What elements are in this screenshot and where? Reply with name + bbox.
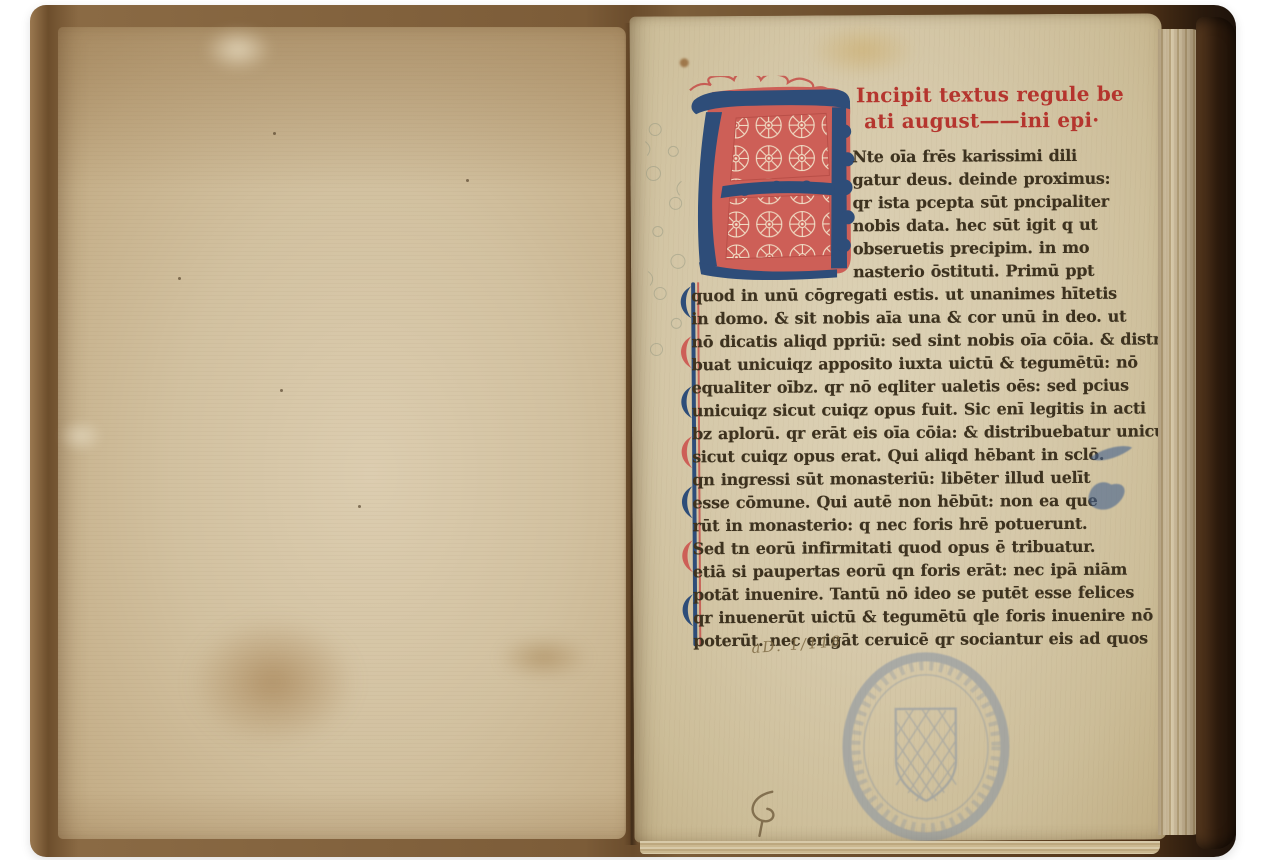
manuscript-line: Nte oīa frēs karissimi dili (852, 144, 1110, 169)
manuscript-line: unicuiqz sicut cuiqz opus fuit. Sic enī … (692, 396, 1167, 422)
left-page-blank (58, 27, 626, 839)
manuscript-line: obseruetis precipim. in mo (853, 236, 1111, 261)
stain (496, 635, 591, 680)
speck (280, 389, 283, 392)
manuscript-line: gatur deus. deinde proximus: (852, 167, 1110, 192)
ink-pen-trial (740, 786, 784, 842)
manuscript-line: quod in unū cōgregati estis. ut unanimes… (691, 281, 1166, 307)
speck (358, 505, 361, 508)
stain (203, 27, 273, 72)
manuscript-line: etiā si paupertas eorū qn foris erāt: ne… (693, 557, 1167, 583)
speck (273, 132, 276, 135)
manuscript-photo: Incipit textus regule be ati august——ini… (0, 0, 1280, 860)
rubric-line: Incipit textus regule be (856, 82, 1124, 108)
blue-offset-mark (1080, 440, 1139, 540)
speck (178, 277, 181, 280)
manuscript-line: potāt inuenire. Tantū nō ideo se putēt e… (693, 580, 1167, 606)
stain (188, 617, 358, 747)
stain (808, 23, 918, 79)
manuscript-line: equaliter oībz. qr nō eqliter ualetis oē… (692, 373, 1167, 399)
manuscript-line: nasterio ōstituti. Primū ppt (853, 259, 1111, 284)
text-block-beside-initial: Nte oīa frēs karissimi dili gatur deus. … (852, 144, 1111, 284)
library-stamp (839, 650, 1012, 842)
open-book: Incipit textus regule be ati august——ini… (30, 5, 1236, 857)
speck (466, 179, 469, 182)
right-cover-board (1196, 17, 1236, 849)
manuscript-line: in domo. & sit nobis aīa una & cor unū i… (691, 304, 1166, 330)
manuscript-line: nō dicatis aliqd ppriū: sed sint nobis o… (691, 327, 1166, 353)
right-page-text: Incipit textus regule be ati august——ini… (629, 13, 1166, 842)
illuminated-initial-A (686, 75, 857, 281)
bottom-page-stack (640, 841, 1160, 854)
manuscript-line: buat unicuiqz apposito iuxta uictū & teg… (692, 350, 1167, 376)
stain (58, 419, 104, 453)
manuscript-line: nobis data. hec sūt igit q ut (853, 213, 1111, 238)
manuscript-line: qr inuenerūt uictū & tegumētū qle foris … (693, 603, 1166, 629)
stain (680, 58, 689, 67)
rubric-line: ati august——ini epi· (864, 108, 1099, 133)
manuscript-line: qr ista pcepta sūt pncipaliter (853, 190, 1111, 215)
